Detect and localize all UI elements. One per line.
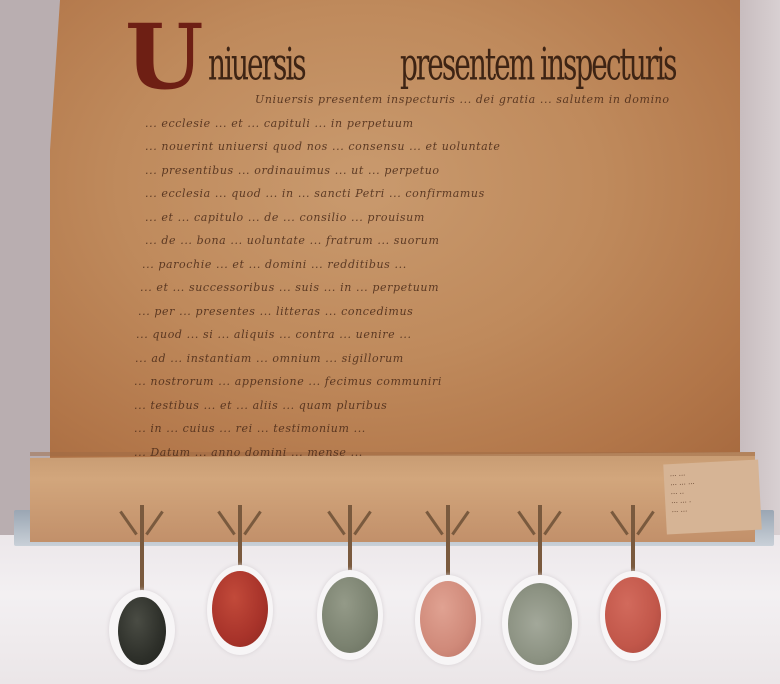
text-line: ... Datum ... anno domini ... mense ... <box>120 441 720 465</box>
seal-cord <box>610 511 629 536</box>
seal-1 <box>97 505 187 684</box>
charter-text: Uniuersis presentem inspecturis ... dei … <box>120 88 720 464</box>
wax-seal <box>605 577 661 653</box>
seal-6 <box>588 505 678 684</box>
seal-cord <box>243 511 262 536</box>
wax-seal <box>212 571 268 647</box>
seal-5 <box>495 505 585 684</box>
seal-cord <box>517 511 536 536</box>
seal-cord <box>353 511 372 536</box>
text-line: ... ecclesie ... et ... capituli ... in … <box>120 112 720 136</box>
text-line: ... per ... presentes ... litteras ... c… <box>120 300 720 324</box>
text-line: ... et ... successoribus ... suis ... in… <box>120 276 720 300</box>
wax-seal <box>420 581 476 657</box>
seal-cord <box>217 511 236 536</box>
seal-cord <box>119 511 138 536</box>
text-line: ... ecclesia ... quod ... in ... sancti … <box>120 182 720 206</box>
heading-word-1: niuersis <box>208 38 305 91</box>
endorsement-note: ... ... ... ... ... ... .. ... ... . ...… <box>663 460 762 535</box>
text-line: ... de ... bona ... uoluntate ... fratru… <box>120 229 720 253</box>
wax-seal <box>508 583 572 665</box>
seal-cord <box>425 511 444 536</box>
seal-3 <box>305 505 395 684</box>
text-line: ... testibus ... et ... aliis ... quam p… <box>120 394 720 418</box>
text-line: ... presentibus ... ordinauimus ... ut .… <box>120 159 720 183</box>
text-line: ... in ... cuius ... rei ... testimonium… <box>120 417 720 441</box>
seal-cord <box>451 511 470 536</box>
text-line: Uniuersis presentem inspecturis ... dei … <box>120 88 720 112</box>
seal-cord <box>327 511 346 536</box>
heading-word-3: inspecturis <box>540 38 676 91</box>
text-line: ... et ... capitulo ... de ... consilio … <box>120 206 720 230</box>
seal-cord <box>636 511 655 536</box>
seal-cord <box>543 511 562 536</box>
heading-word-2: presentem <box>400 38 533 91</box>
seal-4 <box>403 505 493 684</box>
seal-cord <box>631 505 635 575</box>
text-line: ... parochie ... et ... domini ... reddi… <box>120 253 720 277</box>
text-line: ... nostrorum ... appensione ... fecimus… <box>120 370 720 394</box>
wax-seal <box>322 577 378 653</box>
seal-cord <box>538 505 542 575</box>
wax-seal <box>118 597 166 665</box>
seal-cord <box>446 505 450 575</box>
seal-cord <box>145 511 164 536</box>
text-line: ... ad ... instantiam ... omnium ... sig… <box>120 347 720 371</box>
text-line: ... quod ... si ... aliquis ... contra .… <box>120 323 720 347</box>
text-line: ... nouerint uniuersi quod nos ... conse… <box>120 135 720 159</box>
seal-2 <box>195 505 285 684</box>
seal-cord <box>348 505 352 575</box>
seal-cord <box>140 505 144 595</box>
